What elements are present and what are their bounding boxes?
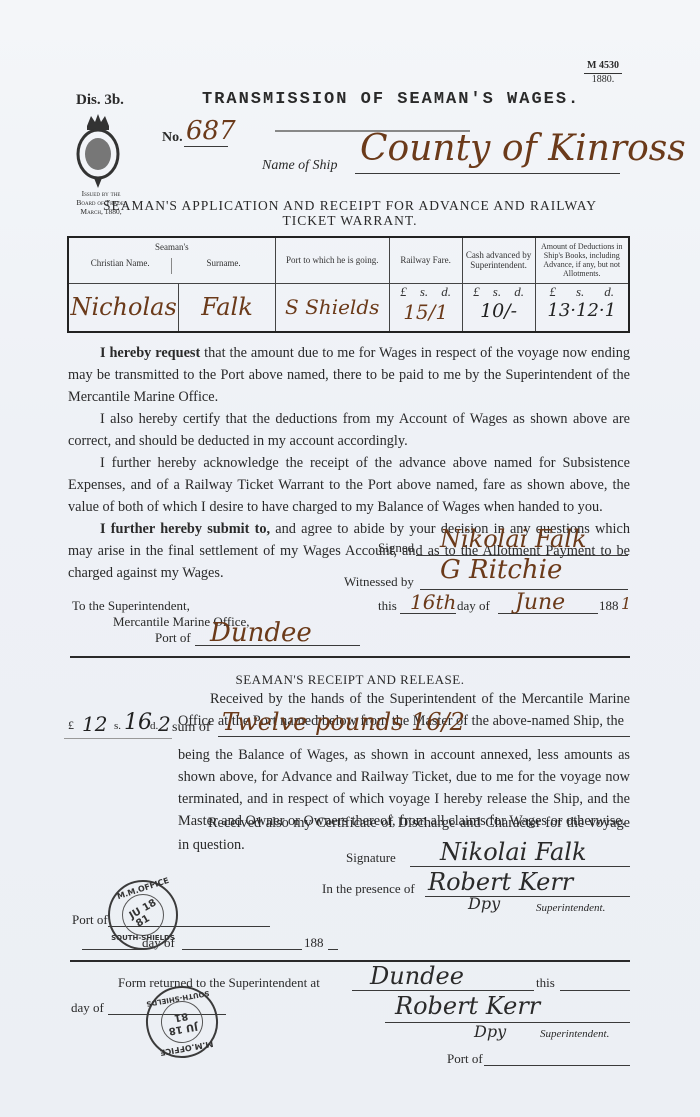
col-deductions: Amount of Deductions in Ship's Books, in… [535, 237, 629, 283]
witnessed-label: Witnessed by [344, 574, 414, 590]
year-prefix: 188 [599, 598, 619, 614]
sum-label: sum of [172, 720, 211, 736]
superintendent-label: Superintendent. [536, 902, 605, 914]
cash-advanced-cell[interactable]: £s.d. 10/- [462, 283, 535, 332]
application-paragraph-3: I further hereby acknowledge the receipt… [68, 452, 630, 518]
royal-crest-icon [75, 112, 121, 190]
amount-underline [64, 738, 172, 739]
presence-field[interactable]: Robert Kerr [428, 868, 573, 896]
returned-day-of-label: day of [71, 1000, 104, 1016]
month-field[interactable]: June [515, 590, 565, 615]
year-field[interactable]: 1 [621, 594, 631, 613]
receipt-month-line [182, 949, 302, 950]
returned-signature-line [385, 1022, 630, 1023]
col-cash-advanced: Cash advanced by Superintendent. [462, 237, 535, 283]
returned-deputy-note: Dpy [474, 1022, 506, 1041]
signed-label: Signed [378, 540, 414, 556]
date-this-label: this [378, 598, 397, 614]
col-surname: Surname. [172, 258, 274, 274]
shillings-label: s. [114, 720, 121, 732]
returned-place-field[interactable]: Dundee [370, 962, 464, 990]
day-field[interactable]: 16th [410, 590, 456, 614]
number-line [184, 146, 228, 147]
form-subtitle: SEAMAN'S APPLICATION AND RECEIPT FOR ADV… [60, 198, 640, 228]
ship-label: Name of Ship [262, 158, 337, 174]
signature-field[interactable]: Nikolai Falk [440, 838, 587, 866]
col-christian-name: Christian Name. [69, 258, 172, 274]
application-paragraph-1: I hereby request that the amount due to … [68, 342, 630, 408]
ship-line [355, 173, 620, 174]
page-title: TRANSMISSION OF SEAMAN'S WAGES. [202, 90, 580, 109]
sum-line [218, 736, 630, 737]
returned-signature-field[interactable]: Robert Kerr [395, 992, 540, 1020]
railway-fare-cell[interactable]: £s.d. 15/1 [389, 283, 462, 332]
sum-in-words-field[interactable]: Twelve pounds 16/2 [222, 708, 465, 736]
returned-port-line [484, 1065, 630, 1066]
christian-name-cell[interactable]: Nicholas [68, 283, 179, 332]
date-day-of-label: day of [457, 598, 490, 614]
number-field[interactable]: 687 [186, 116, 236, 146]
presence-label: In the presence of [322, 881, 415, 897]
application-paragraph-2: I also hereby certify that the deduction… [68, 408, 630, 452]
returned-text: Form returned to the Superintendent at [118, 975, 320, 991]
receipt-year-line [328, 949, 338, 950]
receipt-day-line [82, 949, 142, 950]
returned-port-label: Port of [447, 1051, 483, 1067]
form-code-number: M 4530 [584, 60, 622, 74]
postmark-stamp: M.M.OFFICE JU 18 81 SOUTH-SHIELDS [108, 880, 178, 950]
port-label: Port of [155, 630, 191, 646]
section-divider [70, 656, 630, 658]
ship-name-field[interactable]: County of Kinross [360, 128, 686, 169]
form-id: Dis. 3b. [76, 92, 124, 109]
currency-units: £s.d. [390, 284, 462, 300]
advance-table: Seaman's Christian Name. Surname. Port t… [67, 236, 630, 333]
section-divider-2 [70, 960, 630, 962]
postmark-stamp-inverted: M.M.OFFICE JU 18 81 SOUTH-SHIELDS [140, 980, 223, 1063]
signed-field[interactable]: Nikolai Falk [440, 525, 587, 553]
form-code: M 4530 1880. [584, 60, 622, 86]
signature-line [410, 866, 630, 867]
returned-this-label: this [536, 975, 555, 991]
port-field[interactable]: Dundee [210, 618, 312, 648]
receipt-title: SEAMAN'S RECEIPT AND RELEASE. [0, 672, 700, 688]
returned-superintendent-label: Superintendent. [540, 1028, 609, 1040]
shillings-field[interactable]: 16 [124, 710, 152, 735]
currency-units: £s.d. [463, 284, 535, 300]
signature-label: Signature [346, 850, 396, 866]
presence-line [425, 896, 630, 897]
witnessed-field[interactable]: G Ritchie [440, 555, 562, 585]
seamans-header: Seaman's Christian Name. Surname. [68, 237, 275, 283]
wage-transmission-form: Dis. 3b. TRANSMISSION OF SEAMAN'S WAGES.… [0, 0, 700, 1117]
pounds-field[interactable]: 12 [82, 712, 107, 736]
receipt-year-label: 188 [304, 935, 324, 951]
pence-label: d. [150, 720, 158, 732]
pence-field[interactable]: 2 [158, 712, 171, 736]
addressee-line-1: To the Superintendent, [72, 598, 190, 614]
returned-place-line [352, 990, 534, 991]
pounds-label: £ [68, 718, 74, 733]
col-railway-fare: Railway Fare. [389, 237, 462, 283]
returned-day-line [560, 990, 630, 991]
form-code-year: 1880. [584, 74, 622, 86]
presence-deputy-note: Dpy [468, 894, 500, 913]
currency-units: £s.d. [536, 284, 628, 300]
surname-cell[interactable]: Falk [179, 283, 276, 332]
port-cell[interactable]: S Shields [275, 283, 389, 332]
receipt-port-label: Port of [72, 912, 108, 928]
table-row: Nicholas Falk S Shields £s.d. 15/1 £s.d.… [68, 283, 629, 332]
table-header-row: Seaman's Christian Name. Surname. Port t… [68, 237, 629, 283]
col-port: Port to which he is going. [275, 237, 389, 283]
number-label: No. [162, 130, 183, 146]
deductions-cell[interactable]: £s.d. 13·12·1 [535, 283, 629, 332]
